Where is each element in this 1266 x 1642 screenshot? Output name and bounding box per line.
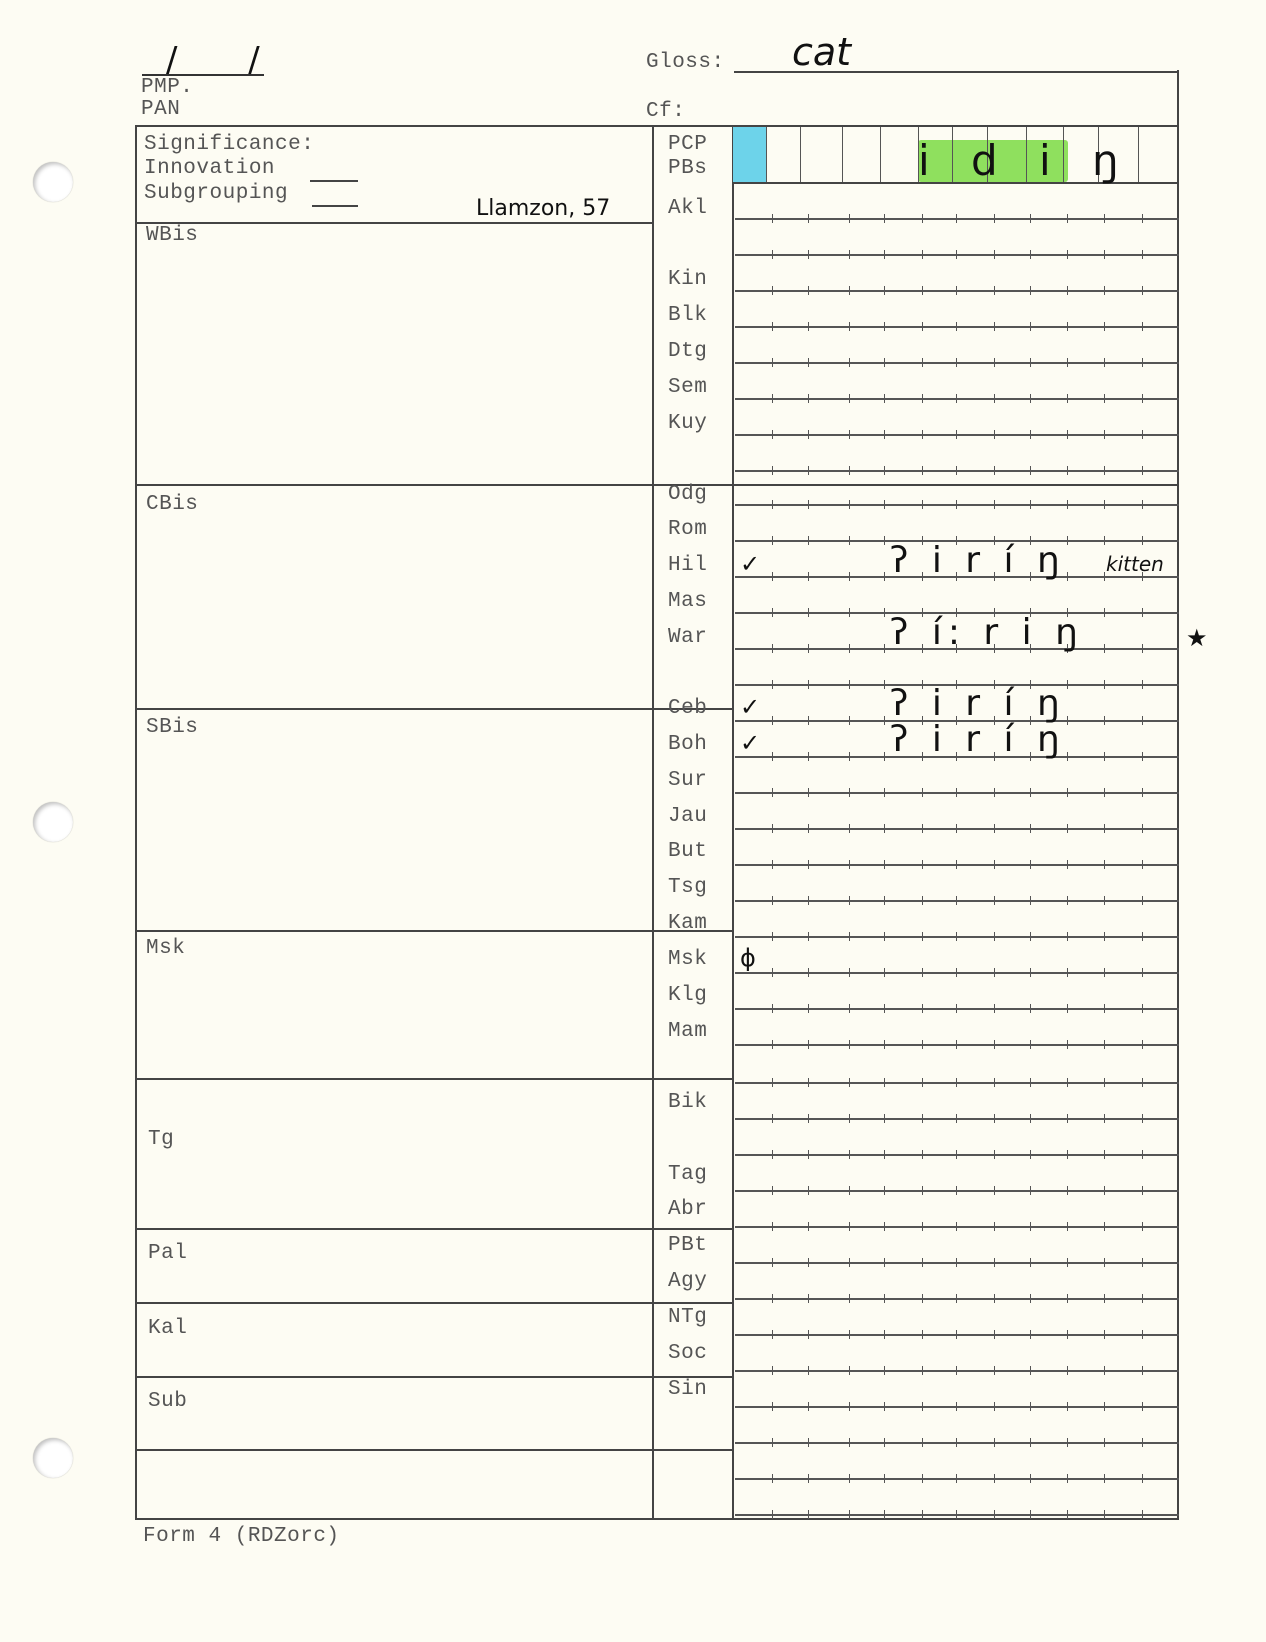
rule-tick xyxy=(884,1510,885,1519)
rule-tick xyxy=(808,1258,809,1267)
rule-tick xyxy=(1104,860,1105,869)
rule-tick xyxy=(922,1330,923,1339)
group-tg: Tg xyxy=(148,1128,174,1151)
rule-tick xyxy=(1030,1114,1031,1123)
rule-tick xyxy=(884,214,885,223)
binder-hole xyxy=(33,1438,73,1478)
language-label-tag: Tag xyxy=(668,1163,707,1186)
gloss-value[interactable]: cat xyxy=(792,30,851,74)
rule-tick xyxy=(1142,1114,1143,1123)
rule-tick xyxy=(1104,1004,1105,1013)
rule-tick xyxy=(849,1402,850,1411)
rule-tick xyxy=(922,896,923,905)
rule-tick xyxy=(808,752,809,761)
rule-tick xyxy=(849,394,850,403)
rule-tick xyxy=(808,1004,809,1013)
rule-tick xyxy=(849,644,850,653)
rule-tick xyxy=(884,1222,885,1231)
rule-tick xyxy=(849,466,850,475)
rule-tick xyxy=(956,286,957,295)
rule-tick xyxy=(808,214,809,223)
rule-tick xyxy=(884,286,885,295)
rule-tick xyxy=(884,968,885,977)
rule-tick xyxy=(808,394,809,403)
entry-rule xyxy=(735,470,1179,472)
rule-tick xyxy=(1067,716,1068,725)
rule-tick xyxy=(1067,214,1068,223)
rule-tick xyxy=(1030,824,1031,833)
rule-tick xyxy=(956,430,957,439)
rule-tick xyxy=(922,1366,923,1375)
rule-tick xyxy=(772,860,773,869)
rule-tick xyxy=(1067,430,1068,439)
group-divider xyxy=(135,1302,733,1304)
rule-tick xyxy=(1067,1474,1068,1483)
rule-tick xyxy=(1142,1366,1143,1375)
rule-tick xyxy=(1067,536,1068,545)
rule-tick xyxy=(772,1330,773,1339)
rule-tick xyxy=(772,214,773,223)
language-label-sem: Sem xyxy=(668,376,707,399)
proto-form: i d i ŋ xyxy=(918,136,1133,185)
rule-tick xyxy=(772,322,773,331)
rule-tick xyxy=(772,644,773,653)
rule-tick xyxy=(956,1186,957,1195)
rule-tick xyxy=(922,1222,923,1231)
language-label-sur: Sur xyxy=(668,769,707,792)
rule-tick xyxy=(808,644,809,653)
checkmark-icon: ✓ xyxy=(740,729,760,757)
rule-tick xyxy=(1142,932,1143,941)
rule-tick xyxy=(884,680,885,689)
rule-tick xyxy=(1030,896,1031,905)
rule-tick xyxy=(772,1004,773,1013)
pan-label: PAN xyxy=(141,98,180,121)
rule-tick xyxy=(1142,1294,1143,1303)
rule-tick xyxy=(922,500,923,509)
rule-tick xyxy=(994,500,995,509)
rule-tick xyxy=(772,1258,773,1267)
rule-tick xyxy=(1067,1294,1068,1303)
rule-tick xyxy=(1030,250,1031,259)
rule-tick xyxy=(884,1294,885,1303)
rule-tick xyxy=(1030,1294,1031,1303)
form-label: Form 4 (RDZorc) xyxy=(143,1525,340,1548)
language-label-rom: Rom xyxy=(668,518,707,541)
rule-tick xyxy=(994,1004,995,1013)
rule-tick xyxy=(1104,716,1105,725)
rule-tick xyxy=(956,500,957,509)
rule-tick xyxy=(849,250,850,259)
rule-tick xyxy=(1067,1078,1068,1087)
entry-rule xyxy=(735,1334,1179,1336)
rule-tick xyxy=(808,824,809,833)
entry-rule xyxy=(735,1514,1179,1516)
language-label-pbt: PBt xyxy=(668,1234,707,1257)
rule-tick xyxy=(772,1510,773,1519)
entry-rule xyxy=(735,1370,1179,1372)
rule-tick xyxy=(1067,394,1068,403)
group-divider xyxy=(135,1228,733,1230)
frame-bottom xyxy=(135,1518,1179,1520)
rule-tick xyxy=(808,1186,809,1195)
rule-tick xyxy=(956,788,957,797)
rule-tick xyxy=(1067,466,1068,475)
rule-tick xyxy=(1142,536,1143,545)
rule-tick xyxy=(1142,1222,1143,1231)
rule-tick xyxy=(1104,358,1105,367)
rule-tick xyxy=(808,716,809,725)
rule-tick xyxy=(772,286,773,295)
rule-tick xyxy=(956,358,957,367)
rule-tick xyxy=(1067,1040,1068,1049)
rule-tick xyxy=(1142,322,1143,331)
rule-tick xyxy=(956,466,957,475)
subgrouping-label: Subgrouping xyxy=(144,182,288,205)
rule-tick xyxy=(922,358,923,367)
rule-tick xyxy=(922,466,923,475)
rule-tick xyxy=(1104,1114,1105,1123)
rule-tick xyxy=(808,968,809,977)
rule-tick xyxy=(994,932,995,941)
gloss-label: Gloss: xyxy=(646,51,725,74)
rule-tick xyxy=(994,1186,995,1195)
divider-labels xyxy=(732,125,734,1520)
rule-tick xyxy=(1030,1150,1031,1159)
rule-tick xyxy=(994,824,995,833)
rule-tick xyxy=(772,1114,773,1123)
rule-tick xyxy=(849,1366,850,1375)
rule-tick xyxy=(956,1150,957,1159)
rule-tick xyxy=(772,250,773,259)
rule-tick xyxy=(956,1438,957,1447)
rule-tick xyxy=(1142,430,1143,439)
rule-tick xyxy=(994,1114,995,1123)
rule-tick xyxy=(1142,358,1143,367)
rule-tick xyxy=(808,286,809,295)
rule-tick xyxy=(1067,896,1068,905)
rule-tick xyxy=(1104,1294,1105,1303)
rule-tick xyxy=(884,536,885,545)
rule-tick xyxy=(884,1150,885,1159)
rule-tick xyxy=(1142,824,1143,833)
rule-tick xyxy=(849,500,850,509)
rule-tick xyxy=(922,394,923,403)
rule-tick xyxy=(1142,680,1143,689)
rule-tick xyxy=(994,322,995,331)
rule-tick xyxy=(994,1474,995,1483)
rule-tick xyxy=(808,1078,809,1087)
rule-tick xyxy=(884,466,885,475)
rule-tick xyxy=(849,536,850,545)
rule-tick xyxy=(1067,1330,1068,1339)
rule-tick xyxy=(1067,1150,1068,1159)
rule-tick xyxy=(1142,286,1143,295)
rule-tick xyxy=(994,394,995,403)
rule-tick xyxy=(1030,1258,1031,1267)
rule-tick xyxy=(994,1438,995,1447)
rule-tick xyxy=(849,1438,850,1447)
blue-highlight xyxy=(733,127,766,182)
language-label-but: But xyxy=(668,840,707,863)
rule-tick xyxy=(808,572,809,581)
rule-tick xyxy=(772,1438,773,1447)
rule-tick xyxy=(956,1040,957,1049)
entry-rule xyxy=(735,792,1179,794)
entry-form: ʔ i r í ŋ xyxy=(890,540,1066,581)
rule-tick xyxy=(1142,1258,1143,1267)
rule-tick xyxy=(922,1114,923,1123)
rule-tick xyxy=(1142,788,1143,797)
language-label-abr: Abr xyxy=(668,1198,707,1221)
rule-tick xyxy=(772,1186,773,1195)
rule-tick xyxy=(1030,286,1031,295)
language-label-war: War xyxy=(668,626,707,649)
rule-tick xyxy=(772,680,773,689)
rule-tick xyxy=(922,788,923,797)
rule-tick xyxy=(1104,896,1105,905)
rule-tick xyxy=(849,968,850,977)
rule-tick xyxy=(994,1078,995,1087)
rule-tick xyxy=(1104,608,1105,617)
rule-tick xyxy=(1067,1438,1068,1447)
rule-tick xyxy=(849,1004,850,1013)
rule-tick xyxy=(1142,250,1143,259)
rule-tick xyxy=(994,896,995,905)
rule-tick xyxy=(922,286,923,295)
rule-tick xyxy=(922,1438,923,1447)
rule-tick xyxy=(849,1510,850,1519)
rule-tick xyxy=(772,824,773,833)
rule-tick xyxy=(884,824,885,833)
rule-tick xyxy=(849,1040,850,1049)
language-label-ntg: NTg xyxy=(668,1306,707,1329)
rule-tick xyxy=(1030,1510,1031,1519)
rule-tick xyxy=(1104,824,1105,833)
entry-rule xyxy=(735,828,1179,830)
rule-tick xyxy=(922,860,923,869)
checkmark-icon: ✓ xyxy=(740,550,760,578)
rule-tick xyxy=(849,1186,850,1195)
rule-tick xyxy=(1104,932,1105,941)
rule-tick xyxy=(1067,358,1068,367)
entry-note: kitten xyxy=(1106,552,1164,576)
rule-tick xyxy=(956,1004,957,1013)
rule-tick xyxy=(1104,1402,1105,1411)
rule-tick xyxy=(884,1474,885,1483)
rule-tick xyxy=(772,394,773,403)
rule-tick xyxy=(994,430,995,439)
rule-tick xyxy=(1104,968,1105,977)
rule-tick xyxy=(956,1078,957,1087)
rule-tick xyxy=(1067,1186,1068,1195)
rule-tick xyxy=(808,1330,809,1339)
rule-tick xyxy=(922,1294,923,1303)
rule-tick xyxy=(1030,1438,1031,1447)
rule-tick xyxy=(994,1150,995,1159)
rule-tick xyxy=(1142,1402,1143,1411)
rule-tick xyxy=(1067,1258,1068,1267)
rule-tick xyxy=(1104,394,1105,403)
rule-tick xyxy=(1030,358,1031,367)
rule-tick xyxy=(772,716,773,725)
rule-tick xyxy=(808,1114,809,1123)
group-msk: Msk xyxy=(146,937,185,960)
group-divider xyxy=(135,484,1179,486)
rule-tick xyxy=(1067,1004,1068,1013)
language-label-bik: Bik xyxy=(668,1091,707,1114)
rule-tick xyxy=(956,322,957,331)
rule-tick xyxy=(922,1186,923,1195)
rule-tick xyxy=(808,788,809,797)
rule-tick xyxy=(956,932,957,941)
entry-rule xyxy=(735,326,1179,328)
rule-tick xyxy=(884,1040,885,1049)
rule-tick xyxy=(1030,1040,1031,1049)
rule-tick xyxy=(849,214,850,223)
entry-rule xyxy=(735,864,1179,866)
rule-tick xyxy=(772,1294,773,1303)
rule-tick xyxy=(1142,1040,1143,1049)
entry-rule xyxy=(735,504,1179,506)
rule-tick xyxy=(849,680,850,689)
rule-tick xyxy=(772,1366,773,1375)
language-label-msk: Msk xyxy=(668,948,707,971)
rule-tick xyxy=(994,1330,995,1339)
rule-tick xyxy=(1067,680,1068,689)
rule-tick xyxy=(1142,500,1143,509)
rule-tick xyxy=(956,1366,957,1375)
proto-cell-divider xyxy=(1138,127,1139,183)
rule-tick xyxy=(808,430,809,439)
entry-rule xyxy=(735,1226,1179,1228)
rule-tick xyxy=(922,1150,923,1159)
rule-tick xyxy=(884,1330,885,1339)
rule-tick xyxy=(1030,788,1031,797)
group-sbis: SBis xyxy=(146,716,198,739)
rule-tick xyxy=(1030,500,1031,509)
rule-tick xyxy=(1142,1438,1143,1447)
rule-tick xyxy=(1104,788,1105,797)
rule-tick xyxy=(1067,322,1068,331)
language-label-ceb: Ceb xyxy=(668,697,707,720)
rule-tick xyxy=(884,572,885,581)
rule-tick xyxy=(956,824,957,833)
rule-tick xyxy=(1067,860,1068,869)
entry-rule xyxy=(735,1082,1179,1084)
rule-tick xyxy=(1104,1438,1105,1447)
entry-form: ʔ í: r i ŋ xyxy=(890,612,1084,653)
proto-cell-divider xyxy=(766,127,767,183)
entry-rule xyxy=(735,1478,1179,1480)
rule-tick xyxy=(849,608,850,617)
language-label-dtg: Dtg xyxy=(668,340,707,363)
rule-tick xyxy=(849,752,850,761)
rule-tick xyxy=(1104,1222,1105,1231)
rule-tick xyxy=(884,716,885,725)
rule-tick xyxy=(808,1294,809,1303)
null-symbol-icon: ϕ xyxy=(740,944,756,972)
rule-tick xyxy=(849,1078,850,1087)
rule-tick xyxy=(1030,860,1031,869)
rule-tick xyxy=(849,788,850,797)
group-divider xyxy=(135,1449,733,1451)
divider-groups xyxy=(652,125,654,1520)
rule-tick xyxy=(808,500,809,509)
rule-tick xyxy=(808,1474,809,1483)
entry-rule xyxy=(735,1044,1179,1046)
entry-rule xyxy=(735,218,1179,220)
rule-tick xyxy=(1104,322,1105,331)
rule-tick xyxy=(772,1150,773,1159)
rule-tick xyxy=(1104,250,1105,259)
entry-rule xyxy=(735,900,1179,902)
rule-tick xyxy=(808,1150,809,1159)
language-label-blk: Blk xyxy=(668,304,707,327)
rule-tick xyxy=(994,250,995,259)
innovation-blank[interactable] xyxy=(310,180,358,182)
proto-label-pcp: PCP xyxy=(668,133,707,156)
language-label-mam: Mam xyxy=(668,1020,707,1043)
rule-tick xyxy=(808,860,809,869)
rule-tick xyxy=(956,1114,957,1123)
binder-hole xyxy=(33,162,73,202)
rule-tick xyxy=(808,1366,809,1375)
rule-tick xyxy=(1142,752,1143,761)
rule-tick xyxy=(1142,968,1143,977)
significance-title: Significance: xyxy=(144,133,314,156)
language-label-kam: Kam xyxy=(668,912,707,935)
source-note: Llamzon, 57 xyxy=(476,196,610,221)
rule-tick xyxy=(772,536,773,545)
rule-tick xyxy=(849,860,850,869)
rule-tick xyxy=(808,896,809,905)
rule-tick xyxy=(922,1040,923,1049)
rule-tick xyxy=(808,466,809,475)
rule-tick xyxy=(1104,680,1105,689)
rule-tick xyxy=(922,250,923,259)
rule-tick xyxy=(922,1004,923,1013)
rule-tick xyxy=(1067,1222,1068,1231)
rule-tick xyxy=(1142,1510,1143,1519)
rule-tick xyxy=(772,752,773,761)
rule-tick xyxy=(884,250,885,259)
rule-tick xyxy=(922,430,923,439)
rule-tick xyxy=(849,716,850,725)
proto-cell-divider xyxy=(880,127,881,183)
rule-tick xyxy=(884,1366,885,1375)
group-divider xyxy=(135,930,733,932)
rule-tick xyxy=(1104,1366,1105,1375)
rule-tick xyxy=(1067,500,1068,509)
rule-tick xyxy=(1142,394,1143,403)
entry-rule xyxy=(735,1008,1179,1010)
rule-tick xyxy=(1067,572,1068,581)
rule-tick xyxy=(1142,860,1143,869)
rule-tick xyxy=(849,824,850,833)
rule-tick xyxy=(1104,644,1105,653)
subgrouping-blank[interactable] xyxy=(312,205,358,207)
rule-tick xyxy=(1104,430,1105,439)
rule-tick xyxy=(1030,1366,1031,1375)
rule-tick xyxy=(956,1474,957,1483)
rule-tick xyxy=(884,1004,885,1013)
rule-tick xyxy=(1104,466,1105,475)
rule-tick xyxy=(849,572,850,581)
rule-tick xyxy=(994,214,995,223)
rule-tick xyxy=(772,572,773,581)
rule-tick xyxy=(1142,896,1143,905)
